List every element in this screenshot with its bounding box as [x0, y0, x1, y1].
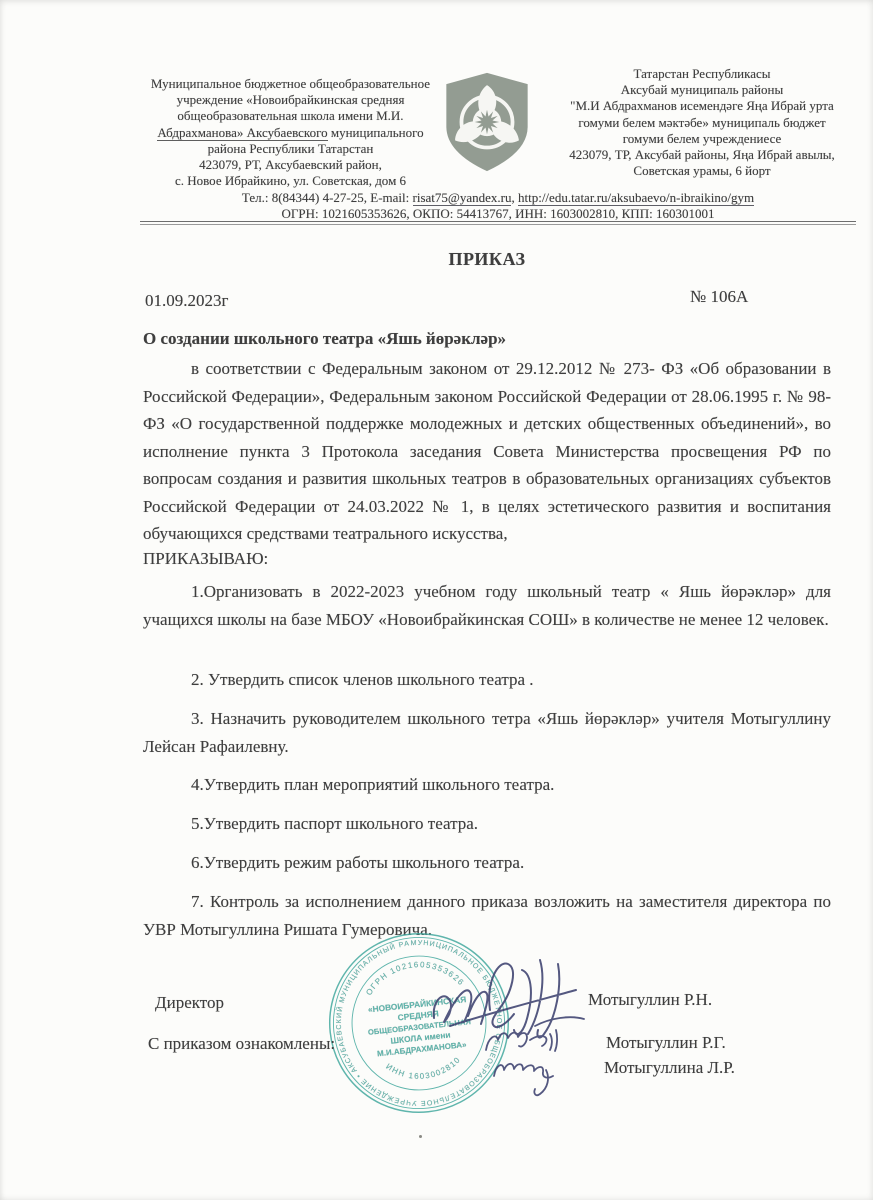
phone-label: Тел.: 8(84344) 4-27-25, E-mail: — [242, 190, 413, 205]
order-item-3: 3. Назначить руководителем школьного тет… — [143, 705, 831, 760]
order-date: 01.09.2023г — [145, 291, 228, 311]
letterhead-ru-line: Муниципальное бюджетное общеобразователь… — [138, 76, 443, 92]
letterhead-tatar-line: Татарстан Республикасы — [548, 66, 856, 82]
letterhead-tatar-line: Аксубай муниципаль районы — [548, 82, 856, 98]
letterhead-ru-underlined: Абдрахманова» Аксубаевского — [157, 125, 327, 141]
document-title: ПРИКАЗ — [143, 249, 831, 270]
letterhead-ru-line: общеобразовательная школа имени М.И. — [138, 108, 443, 124]
order-item-6: 6.Утвердить режим работы школьного театр… — [143, 849, 831, 877]
letterhead-ru: Муниципальное бюджетное общеобразователь… — [138, 76, 443, 189]
order-subject: О создании школьного театра «Яшь йөрәклә… — [143, 329, 831, 349]
handwritten-signatures — [390, 930, 670, 1105]
acknowledged-name-1: Мотыгуллин Р.Г. — [606, 1033, 726, 1053]
letterhead-tatar-line: гомуми белем учреждениесе — [548, 131, 856, 147]
school-crest — [436, 70, 538, 174]
contact-block: Тел.: 8(84344) 4-27-25, E-mail: risat75@… — [140, 190, 856, 221]
acknowledged-label: С приказом ознакомлены: — [148, 1034, 335, 1054]
order-preamble: в соответствии с Федеральным законом от … — [143, 355, 831, 548]
letterhead-ru-line: Абдрахманова» Аксубаевского муниципально… — [138, 125, 443, 141]
acknowledgement-signature-1 — [486, 1017, 584, 1051]
letterhead-tatar-line: "М.И Абдрахманов исемендәге Яңа Ибрай ур… — [548, 98, 856, 114]
contact-line: Тел.: 8(84344) 4-27-25, E-mail: risat75@… — [140, 190, 856, 206]
website-text: http://edu.tatar.ru/aksubaevo/n-ibraikin… — [518, 190, 754, 206]
letterhead-tatar-line: Советская урамы, 6 йорт — [548, 163, 856, 179]
aksubaevo-district-crest-image — [436, 70, 538, 174]
director-name: Мотыгуллин Р.Н. — [588, 990, 712, 1010]
email-text: risat75@yandex.ru — [413, 190, 512, 206]
acknowledgement-signature-2 — [494, 1064, 553, 1095]
director-label: Директор — [155, 993, 224, 1013]
order-number: № 106А — [690, 287, 748, 307]
acknowledged-name-2: Мотыгуллина Л.Р. — [604, 1058, 735, 1078]
letterhead-tatar: Татарстан Республикасы Аксубай муниципал… — [548, 66, 856, 179]
order-item-4: 4.Утвердить план мероприятий школьного т… — [143, 771, 831, 799]
letterhead-ru-line: района Республики Татарстан — [138, 141, 443, 157]
letterhead-ru-line: 423079, РТ, Аксубаевский район, — [138, 157, 443, 173]
letterhead-ru-line-rest: муниципального — [328, 125, 424, 140]
director-signature — [434, 960, 576, 1037]
order-item-2: 2. Утвердить список членов школьного теа… — [143, 666, 831, 694]
decree-word: ПРИКАЗЫВАЮ: — [143, 549, 268, 569]
letterhead-tatar-line: гомуми белем мәктәбе» муниципаль бюджет — [548, 115, 856, 131]
order-item-5: 5.Утвердить паспорт школьного театра. — [143, 810, 831, 838]
letterhead-ru-line: учреждение «Новоибрайкинская средняя — [138, 92, 443, 108]
scanned-order-document: Муниципальное бюджетное общеобразователь… — [0, 0, 873, 1200]
letterhead-ru-line: с. Новое Ибрайкино, ул. Советская, дом 6 — [138, 173, 443, 189]
letterhead-tatar-line: 423079, ТР, Аксубай районы, Яңа Ибрай ав… — [548, 147, 856, 163]
contact-separator: , — [511, 190, 518, 205]
scan-speck — [419, 1135, 422, 1138]
letterhead-divider — [140, 221, 856, 225]
order-item-1: 1.Организовать в 2022-2023 учебном году … — [143, 578, 831, 633]
registration-line: ОГРН: 1021605353626, ОКПО: 54413767, ИНН… — [140, 206, 856, 222]
